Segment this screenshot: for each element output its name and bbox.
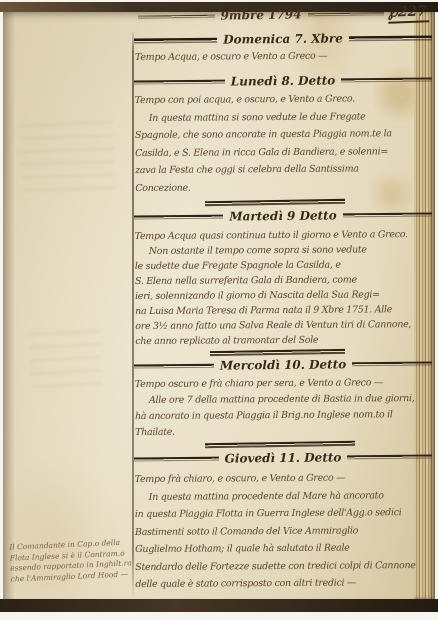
- flourish-rule: [307, 12, 384, 16]
- margin-rule-line: [132, 30, 134, 598]
- entry-header-label: Giovedì 11. Detto: [225, 450, 342, 465]
- entry-header-label: Lunedì 8. Detto: [231, 73, 336, 88]
- entry-body-mercoledi: Tempo oscuro e frà chiaro per sera, e Ve…: [135, 375, 431, 441]
- manuscript-line: zava la Festa che oggi si celebra della …: [135, 160, 431, 180]
- manuscript-line: Stendardo delle Fortezze sudette con tre…: [135, 556, 431, 576]
- entry-body-domenica: Tempo Acqua, e oscuro e Vento a Greco —: [135, 50, 431, 63]
- entry-header-label: Martedì 9 Detto: [229, 208, 336, 223]
- bleed-through-text: [29, 328, 102, 388]
- margin-annotation: Il Comandante in Cap.o della Flota Ingle…: [9, 537, 133, 584]
- manuscript-line: Thailate.: [135, 423, 431, 441]
- header-rule: [343, 212, 432, 217]
- header-rule: [347, 454, 432, 459]
- month-year-label: 9mbre 1794: [220, 7, 301, 22]
- header-rule: [134, 457, 219, 462]
- manuscript-line: Tempo Acqua, e oscuro e Vento a Greco —: [135, 50, 431, 63]
- entry-body-giovedi: Tempo frà chiaro, e oscuro, e Vento a Gr…: [135, 469, 432, 594]
- header-rule: [134, 37, 217, 43]
- manuscript-line: Casilda, e S. Elena in ricca Gala di Ban…: [135, 142, 431, 162]
- manuscript-line: Spagnole, che sono ancorate in questa Pi…: [135, 125, 431, 145]
- manuscript-line: Concezione.: [135, 177, 431, 197]
- manuscript-line: Bastimenti sotto il Comando del Vice Amm…: [135, 521, 431, 541]
- entry-body-lunedi: Tempo con poi acqua, e oscuro, e Vento a…: [135, 90, 432, 197]
- folio-digits: 227: [397, 3, 427, 20]
- header-rule: [341, 77, 432, 82]
- header-rule: [134, 364, 214, 369]
- header-rule: [352, 361, 432, 366]
- scanned-manuscript-page: 9mbre 1794 ℘227 Domenica 7. Xbre Tempo A…: [0, 0, 438, 620]
- manuscript-line: In questa mattina si sono vedute le due …: [135, 107, 431, 127]
- bleed-through-text: [21, 118, 115, 191]
- page-gutter-shadow: [3, 12, 15, 600]
- entry-header-label: Mercoldì 10. Detto: [220, 357, 347, 372]
- book-bottom-edge: [0, 599, 438, 612]
- entry-header-label: Domenica 7. Xbre: [223, 31, 343, 46]
- header-rule: [134, 80, 225, 85]
- manuscript-line: In questa mattina procedente dal Mare hà…: [135, 486, 431, 506]
- header-rule: [349, 35, 432, 41]
- flourish-rule: [138, 14, 215, 18]
- folio-paraph: ℘: [388, 4, 398, 20]
- manuscript-line: che anno replicato al tramontar del Sole: [135, 332, 431, 349]
- manuscript-line: Tempo con poi acqua, e oscuro, e Vento a…: [135, 90, 431, 110]
- manuscript-line: delle quale è stato corrisposto con altr…: [135, 574, 431, 594]
- folio-number: ℘227: [388, 3, 430, 23]
- manuscript-line: in questa Piaggia Flotta in Guerra Ingle…: [135, 504, 431, 524]
- header-rule: [134, 215, 223, 220]
- entry-body-martedi: Tempo Acqua quasi continua tutto il gior…: [135, 227, 432, 349]
- manuscript-line: Guglielmo Hotham; il quale hà salutato i…: [135, 539, 431, 559]
- manuscript-line: Tempo frà chiaro, e oscuro, e Vento a Gr…: [135, 469, 431, 489]
